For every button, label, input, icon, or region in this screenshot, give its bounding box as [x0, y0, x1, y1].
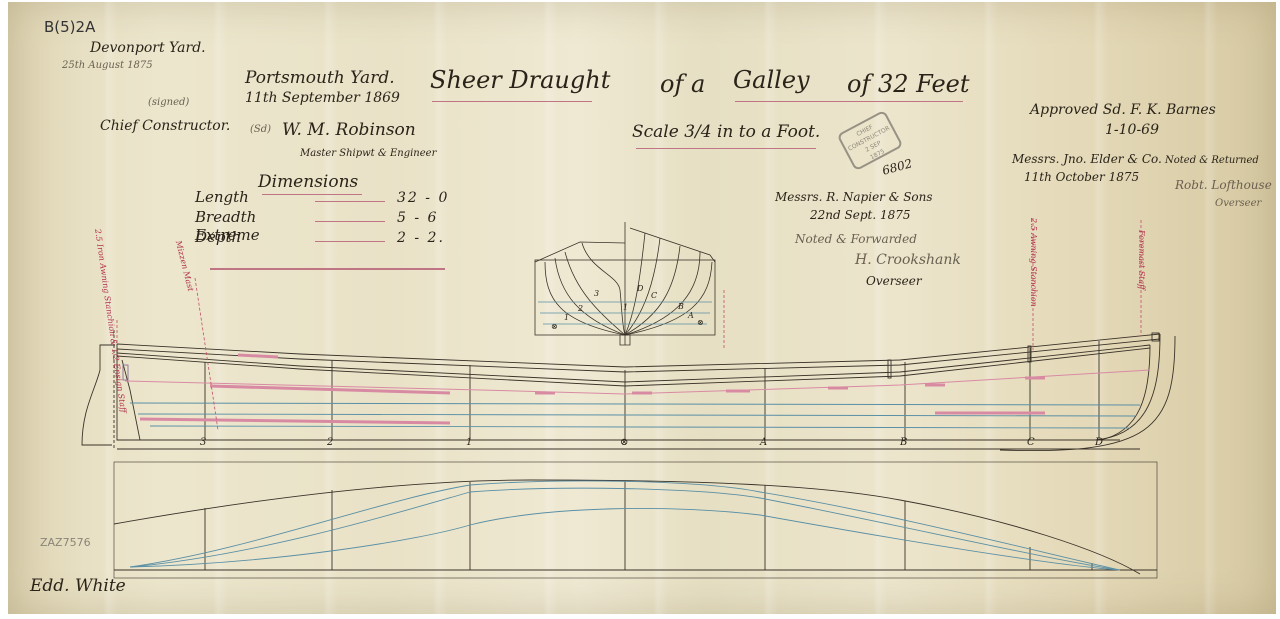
- devonport-yard: Devonport Yard.: [90, 40, 206, 56]
- signatory-name: W. M. Robinson: [282, 120, 416, 140]
- half-breadth-plan: [114, 462, 1157, 578]
- dimension-value: 32 - 0: [397, 190, 449, 206]
- middle-note-role: Overseer: [866, 274, 922, 288]
- annotation-awning-stanchion-fore: 2.5 Awning Stanchion: [1029, 218, 1038, 307]
- svg-text:⊗: ⊗: [551, 322, 558, 331]
- dimension-row: Breadth Extreme 5 - 6: [195, 208, 449, 228]
- scale-underline: [636, 148, 816, 149]
- signatory-prefix: (Sd): [250, 124, 271, 135]
- right-note-date: 11th October 1875: [1024, 170, 1139, 184]
- station-label: C: [1027, 437, 1035, 448]
- dimension-label: Depth: [195, 228, 315, 246]
- approval-text: Approved Sd. F. K. Barnes: [1030, 102, 1216, 118]
- dimensions-rule-bottom: [210, 268, 445, 270]
- svg-text:C: C: [651, 291, 657, 300]
- dimension-value: 5 - 6: [397, 210, 438, 226]
- svg-text:1: 1: [623, 303, 628, 312]
- svg-text:2: 2: [577, 304, 583, 313]
- station-label: 1: [466, 437, 472, 448]
- approval-date: 1-10-69: [1105, 122, 1159, 138]
- body-plan: [535, 222, 715, 345]
- station-label: D: [1095, 437, 1103, 448]
- dimension-row: Depth 2 - 2.: [195, 228, 449, 248]
- middle-note-signature: H. Crookshank: [855, 252, 961, 268]
- dimension-rule: [315, 241, 385, 242]
- bottom-signature: Edd. White: [30, 576, 126, 596]
- svg-text:1: 1: [564, 313, 569, 322]
- svg-text:A: A: [687, 311, 694, 320]
- dimension-rule: [315, 221, 385, 222]
- title-sheer-draught: Sheer Draught: [430, 66, 610, 94]
- station-label: 3: [200, 437, 206, 448]
- dimension-row: Length 32 - 0: [195, 188, 449, 208]
- dimension-label: Length: [195, 188, 315, 206]
- middle-note-date: 22nd Sept. 1875: [810, 208, 911, 222]
- chief-constructor-signature: (signed): [148, 97, 189, 108]
- dimension-rule: [315, 201, 385, 202]
- annotation-foremast-staff: Foremast Staff: [1137, 230, 1146, 290]
- dimensions-table: Length 32 - 0 Breadth Extreme 5 - 6 Dept…: [195, 188, 449, 248]
- archive-number: ZAZ7576: [40, 536, 91, 549]
- title-underline: [432, 101, 592, 102]
- right-note-role: Overseer: [1215, 198, 1261, 209]
- station-label: ⊗: [620, 437, 628, 448]
- title-underline: [735, 101, 963, 102]
- middle-note-firm: Messrs. R. Napier & Sons: [775, 190, 933, 204]
- origin-yard: Portsmouth Yard.: [245, 68, 395, 88]
- svg-text:B: B: [677, 302, 684, 311]
- middle-note-noted: Noted & Forwarded: [795, 232, 917, 246]
- dimension-value: 2 - 2.: [397, 230, 445, 246]
- waterlines: [130, 403, 1140, 428]
- drawing-scale: Scale 3/4 in to a Foot.: [632, 122, 820, 142]
- title-galley: Galley: [733, 66, 810, 94]
- title-length: of 32 Feet: [847, 70, 970, 98]
- station-label: A: [760, 437, 767, 448]
- right-note-noted: Noted & Returned: [1165, 155, 1259, 166]
- profile-view: [82, 330, 1175, 451]
- title-of-a: of a: [660, 70, 705, 98]
- right-note-signature: Robt. Lofthouse: [1175, 178, 1272, 192]
- chief-constructor-role: Chief Constructor.: [100, 118, 230, 134]
- ship-drawing: 3 2 1 ⊗ D C B A ⊗ 1: [0, 0, 1280, 619]
- right-note-firm: Messrs. Jno. Elder & Co.: [1012, 152, 1162, 166]
- svg-text:⊗: ⊗: [697, 318, 704, 327]
- origin-date: 11th September 1869: [245, 90, 400, 106]
- signatory-role: Master Shipwt & Engineer: [300, 148, 436, 159]
- reference-code: B(5)2A: [44, 18, 95, 36]
- station-label: B: [900, 437, 907, 448]
- svg-text:D: D: [636, 284, 644, 293]
- devonport-date: 25th August 1875: [62, 60, 153, 71]
- station-label: 2: [327, 437, 333, 448]
- svg-text:3: 3: [594, 289, 599, 298]
